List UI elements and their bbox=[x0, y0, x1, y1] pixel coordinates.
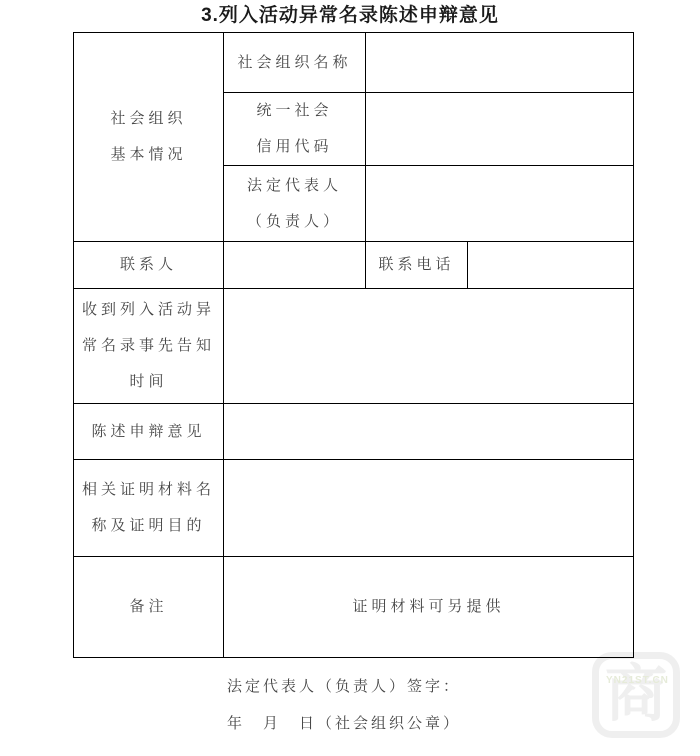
page-title: 3.列入活动异常名录陈述申辩意见 bbox=[0, 3, 700, 29]
materials-input-cell[interactable] bbox=[224, 460, 634, 557]
legal-rep-input-cell[interactable] bbox=[366, 166, 634, 242]
row-remark: 备注 证明材料可另提供 bbox=[74, 557, 634, 658]
statement-input-cell[interactable] bbox=[224, 404, 634, 460]
date-line: 年 月 日（社会组织公章） bbox=[227, 714, 461, 734]
phone-input-cell[interactable] bbox=[468, 242, 634, 289]
watermark-logo: 商 YN21ST.CN bbox=[592, 652, 684, 744]
watermark-shang-glyph: 商 bbox=[605, 664, 667, 726]
row-contact: 联系人 联系电话 bbox=[74, 242, 634, 289]
watermark-site-text: YN21ST.CN bbox=[606, 675, 669, 686]
contact-label: 联系人 bbox=[74, 242, 224, 289]
row-notice-time: 收到列入活动异 常名录事先告知 时间 bbox=[74, 289, 634, 404]
notice-time-label: 收到列入活动异 常名录事先告知 时间 bbox=[74, 289, 224, 404]
defense-opinion-form-table: 社会组织 基本情况 社会组织名称 统一社会 信用代码 法定代表人 （负责人） 联… bbox=[73, 32, 634, 658]
signature-line: 法定代表人（负责人）签字： bbox=[227, 677, 461, 697]
credit-code-label: 统一社会 信用代码 bbox=[224, 93, 366, 166]
contact-input-cell[interactable] bbox=[224, 242, 366, 289]
org-name-input-cell[interactable] bbox=[366, 33, 634, 93]
credit-code-input-cell[interactable] bbox=[366, 93, 634, 166]
phone-label: 联系电话 bbox=[366, 242, 468, 289]
row-org-name: 社会组织 基本情况 社会组织名称 bbox=[74, 33, 634, 93]
remark-label: 备注 bbox=[74, 557, 224, 658]
row-materials: 相关证明材料名 称及证明目的 bbox=[74, 460, 634, 557]
statement-label: 陈述申辩意见 bbox=[74, 404, 224, 460]
watermark-rounded-box: 商 bbox=[592, 652, 680, 738]
org-basic-info-group-cell: 社会组织 基本情况 bbox=[74, 33, 224, 242]
notice-time-input-cell[interactable] bbox=[224, 289, 634, 404]
legal-rep-label: 法定代表人 （负责人） bbox=[224, 166, 366, 242]
remark-note-cell: 证明材料可另提供 bbox=[224, 557, 634, 658]
org-name-label: 社会组织名称 bbox=[224, 33, 366, 93]
row-statement: 陈述申辩意见 bbox=[74, 404, 634, 460]
materials-label: 相关证明材料名 称及证明目的 bbox=[74, 460, 224, 557]
